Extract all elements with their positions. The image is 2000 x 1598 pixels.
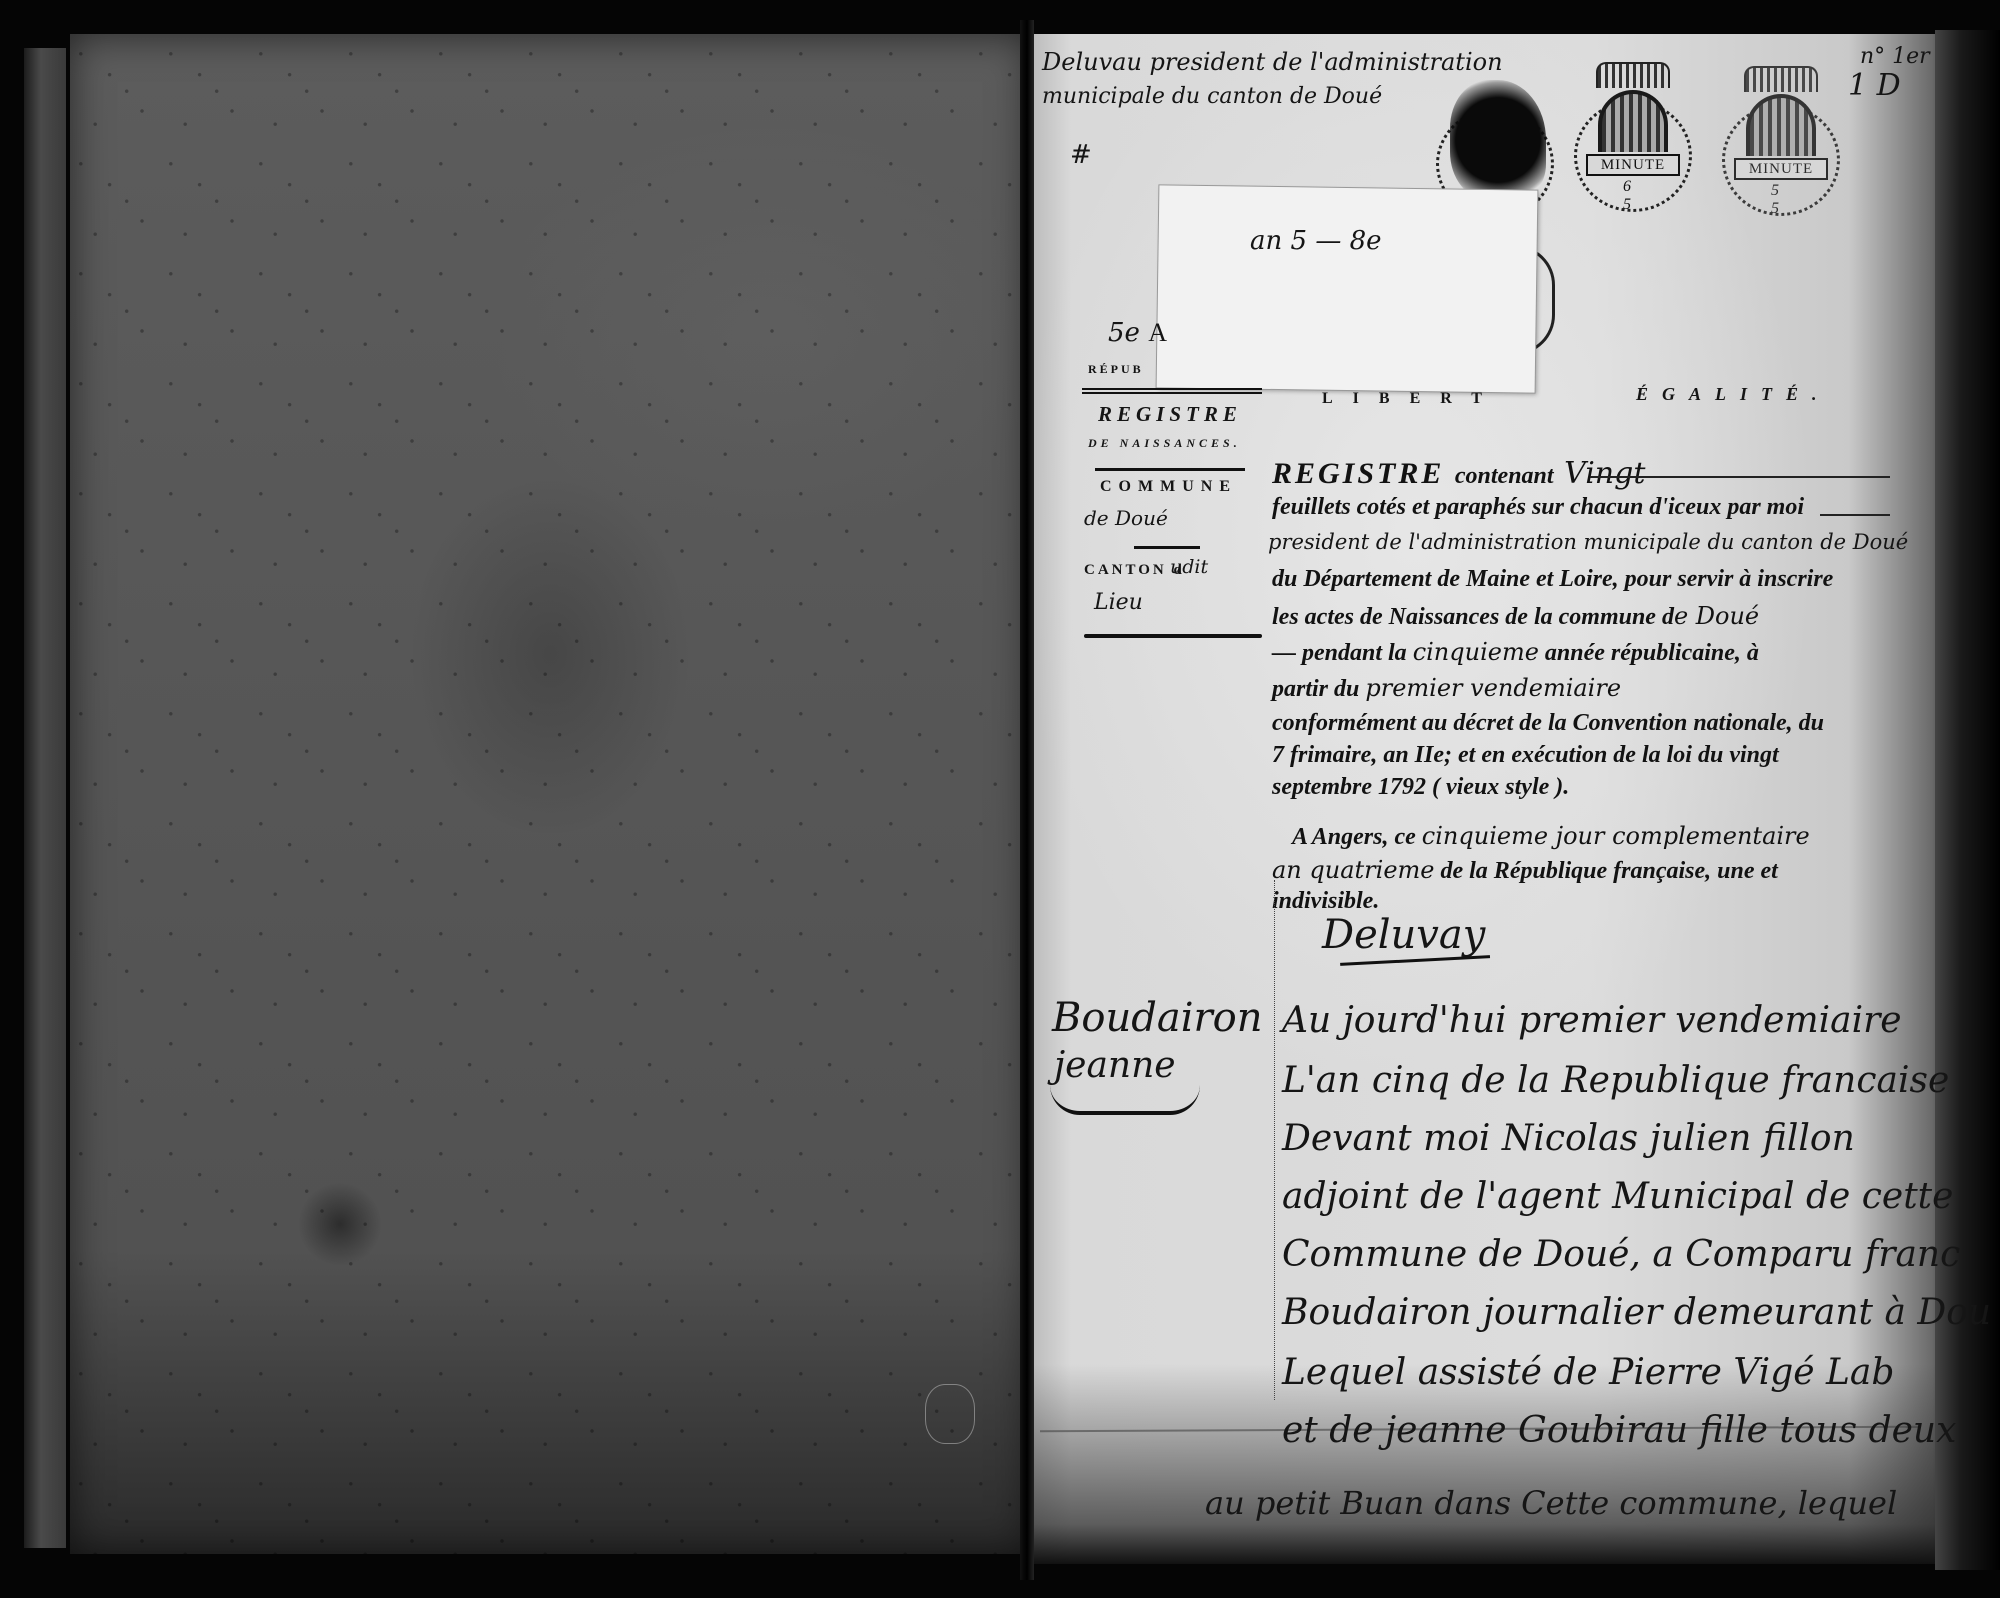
margin-canton-value: udit xyxy=(1170,556,1208,578)
header-liberte: LIBERT xyxy=(1322,390,1502,408)
margin-name-flourish xyxy=(1050,1085,1200,1115)
entry-line: Boudairon journalier demeurant à Dou xyxy=(1282,1292,1991,1333)
form-partir: partir du xyxy=(1272,676,1359,702)
entry-line: Lequel assisté de Pierre Vigé Lab xyxy=(1282,1352,1894,1393)
pasted-label-text: an 5 — 8e xyxy=(1250,226,1382,256)
form-commune-hand: e Doué xyxy=(1674,602,1759,630)
left-page-blank xyxy=(70,34,1030,1554)
form-line-7: partir du premier vendemiaire xyxy=(1272,674,1621,703)
form-line-13: indivisible. xyxy=(1272,888,1379,915)
form-hand-cinquieme: cinquieme xyxy=(1413,638,1539,666)
year-hand: 5e xyxy=(1108,318,1140,348)
margin-double-rule xyxy=(1082,388,1262,394)
margin-de-naissances: DE NAISSANCES. xyxy=(1088,436,1241,451)
form-republique: de la République française, une et xyxy=(1440,858,1777,884)
form-line-2: feuillets cotés et paraphés sur chacun d… xyxy=(1272,494,1804,521)
ink-blot xyxy=(1450,80,1546,200)
margin-flourish-rule xyxy=(1084,634,1262,638)
entry-margin-surname: Boudairon xyxy=(1052,995,1262,1041)
header-egalite: ÉGALITÉ. xyxy=(1636,384,1831,405)
form-commune-print: les actes de Naissances de la commune d xyxy=(1272,604,1674,630)
form-fill-line xyxy=(1820,514,1890,516)
year-print: A xyxy=(1148,318,1167,347)
entry-line: et de jeanne Goubirau fille tous deux xyxy=(1282,1410,1956,1451)
form-line-5: les actes de Naissances de la commune de… xyxy=(1272,602,1759,631)
margin-guide-line xyxy=(1274,880,1275,1400)
entry-margin-firstname: jeanne xyxy=(1054,1045,1176,1086)
form-line-1: REGISTRE contenant Vingt xyxy=(1272,456,1645,491)
form-line-3-hand: president de l'administration municipale… xyxy=(1268,530,1908,554)
form-fill-line xyxy=(1590,476,1890,478)
seal-arch-icon xyxy=(1746,94,1816,156)
folio-number-2: 1 D xyxy=(1848,68,1901,103)
seal-label: MINUTE xyxy=(1734,158,1828,180)
faint-stamp-outline xyxy=(925,1384,975,1444)
entry-line: adjoint de l'agent Municipal de cette xyxy=(1282,1176,1953,1217)
margin-rule xyxy=(1134,546,1200,549)
entry-line: L'an cinq de la Republique francaise xyxy=(1282,1060,1949,1101)
folio-number: n° 1er xyxy=(1860,44,1930,69)
form-hand-date: cinquieme jour complementaire xyxy=(1422,822,1810,850)
pasted-paper-label xyxy=(1157,185,1538,392)
entry-line: Commune de Doué, a Comparu franc xyxy=(1282,1234,1960,1275)
seal-label: MINUTE xyxy=(1586,154,1680,176)
form-annee: année républicaine, à xyxy=(1545,640,1759,666)
entry-line: au petit Buan dans Cette commune, lequel xyxy=(1205,1484,1897,1522)
signature-deluvay: Deluvay xyxy=(1322,912,1485,958)
form-line-8: conformément au décret de la Convention … xyxy=(1272,710,1824,737)
top-note-line2: municipale du canton de Doué xyxy=(1042,84,1382,109)
entry-line: Devant moi Nicolas julien fillon xyxy=(1282,1118,1855,1159)
entry-line: Au jourd'hui premier vendemiaire xyxy=(1282,1000,1902,1041)
form-line-12: an quatrieme de la République française,… xyxy=(1272,856,1778,885)
left-binding-strip xyxy=(24,48,66,1548)
form-line-11: A Angers, ce cinquieme jour complementai… xyxy=(1292,822,1810,851)
form-pendant: — pendant la xyxy=(1272,640,1407,666)
seal-number: 5 5 xyxy=(1752,182,1812,218)
book-gutter xyxy=(1020,20,1034,1580)
form-contenant: contenant xyxy=(1455,463,1554,489)
form-registre-title: REGISTRE xyxy=(1272,457,1444,490)
form-line-6: — pendant la cinquieme année républicain… xyxy=(1272,638,1759,667)
form-hand-vingt: Vingt xyxy=(1564,456,1645,491)
form-line-9: 7 frimaire, an IIe; et en exécution de l… xyxy=(1272,742,1779,769)
form-hand-vendemiaire: premier vendemiaire xyxy=(1365,674,1621,702)
header-year-hand: 5e A xyxy=(1108,318,1167,348)
form-line-4: du Département de Maine et Loire, pour s… xyxy=(1272,566,1833,593)
tax-seal-3: MINUTE 5 5 xyxy=(1716,66,1846,216)
right-page-edge-shadow xyxy=(1935,30,2000,1570)
form-line-10: septembre 1792 ( vieux style ). xyxy=(1272,774,1569,801)
margin-commune-value: de Doué xyxy=(1084,506,1168,530)
margin-commune-label: COMMUNE xyxy=(1100,478,1237,496)
seal-crown-icon xyxy=(1744,66,1818,92)
top-mark: # xyxy=(1070,140,1092,170)
margin-rule xyxy=(1095,468,1245,471)
header-republique: RÉPUB xyxy=(1088,362,1144,377)
seal-number: 6 5 xyxy=(1604,178,1664,214)
form-angers: A Angers, ce xyxy=(1292,824,1416,850)
margin-registre: REGISTRE xyxy=(1098,402,1242,427)
seal-arch-icon xyxy=(1598,90,1668,152)
seal-crown-icon xyxy=(1596,62,1670,88)
form-hand-an: an quatrieme xyxy=(1272,856,1434,884)
margin-canton-lieu: Lieu xyxy=(1094,590,1143,615)
tax-seal-2: MINUTE 6 5 xyxy=(1568,62,1698,212)
